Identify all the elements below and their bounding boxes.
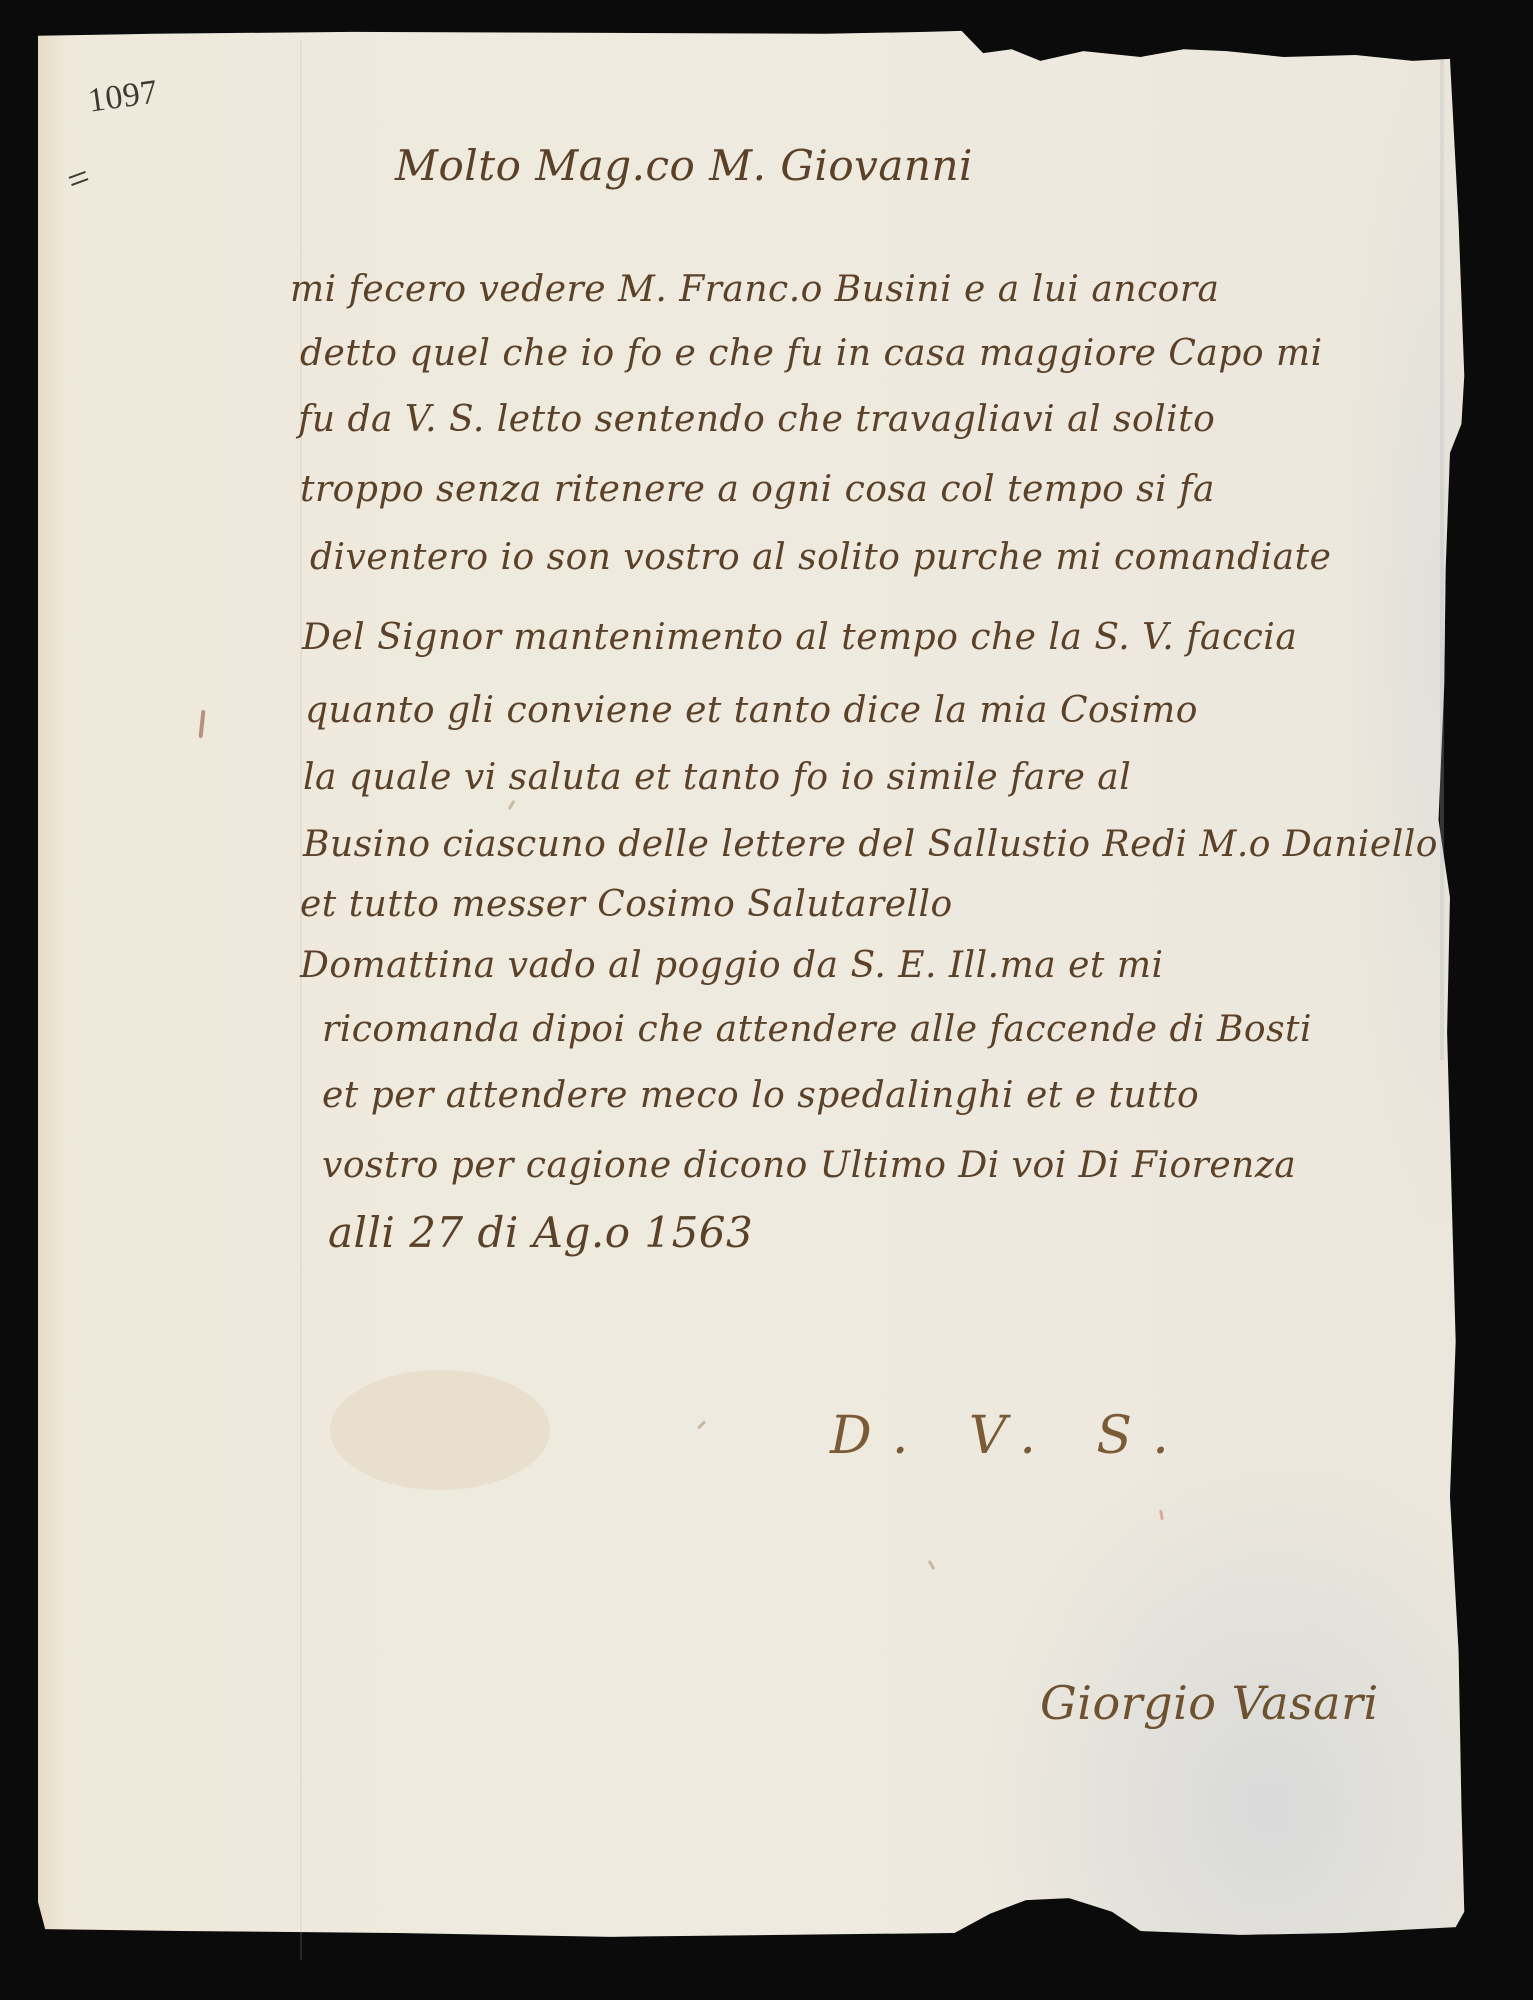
paper-stain [330,1370,550,1490]
signature: Giorgio Vasari [1040,1680,1379,1726]
crease-line [300,40,302,1960]
letter-line: diventero io son vostro al solito purche… [310,540,1331,576]
letter-closing: D. V. S. [830,1410,1191,1462]
letter-line: et per attendere meco lo spedalinghi et … [322,1078,1199,1114]
letter-line: Domattina vado al poggio da S. E. Ill.ma… [300,948,1163,984]
letter-line: alli 27 di Ag.o 1563 [328,1212,753,1254]
letter-line: ricomanda dipoi che attendere alle facce… [322,1012,1312,1048]
letter-line: detto quel che io fo e che fu in casa ma… [300,336,1323,372]
letter-paper [38,28,1470,1960]
letter-line: Busino ciascuno delle lettere del Sallus… [303,827,1438,863]
letter-line: troppo senza ritenere a ogni cosa col te… [300,472,1215,508]
letter-line: vostro per cagione dicono Ultimo Di voi … [322,1148,1296,1184]
letter-line: la quale vi saluta et tanto fo io simile… [303,760,1131,796]
letter-line: fu da V. S. letto sentendo che travaglia… [298,402,1215,438]
crease-line [1440,60,1444,1060]
letter-salutation: Molto Mag.co M. Giovanni [395,145,973,187]
letter-line: et tutto messer Cosimo Salutarello [300,887,953,923]
letter-line: quanto gli conviene et tanto dice la mia… [305,693,1198,729]
letter-line: Del Signor mantenimento al tempo che la … [302,620,1297,656]
letter-line: mi fecero vedere M. Franc.o Busini e a l… [290,272,1220,308]
